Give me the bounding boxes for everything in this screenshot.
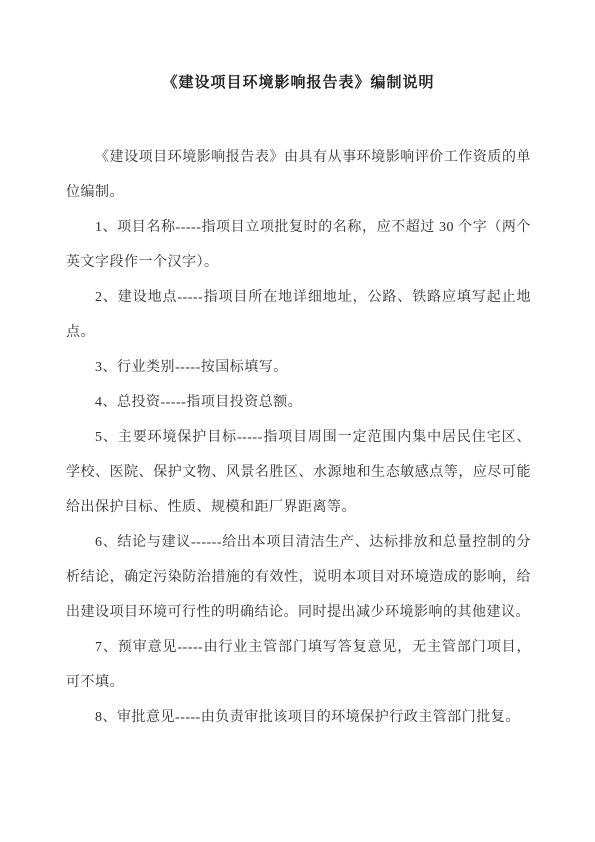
para-intro-compiler-qualification: 《建设项目环境影响报告表》由具有从事环境影响评价工作资质的单位编制。 [66, 140, 531, 210]
document-content: 《建设项目环境影响报告表》编制说明 《建设项目环境影响报告表》由具有从事环境影响… [0, 0, 595, 842]
page-title: 《建设项目环境影响报告表》编制说明 [66, 70, 531, 96]
para-item-1-project-name: 1、项目名称-----指项目立项批复时的名称，应不超过 30 个字（两个英文字段… [66, 210, 531, 280]
para-item-2-construction-site: 2、建设地点-----指项目所在地详细地址，公路、铁路应填写起止地点。 [66, 280, 531, 350]
para-item-5-environmental-protection-targets: 5、主要环境保护目标-----指项目周围一定范围内集中居民住宅区、学校、医院、保… [66, 420, 531, 525]
para-item-8-approval-opinion: 8、审批意见-----由负责审批该项目的环境保护行政主管部门批复。 [66, 700, 531, 735]
para-item-4-total-investment: 4、总投资-----指项目投资总额。 [66, 385, 531, 420]
document-page: 《建设项目环境影响报告表》编制说明 《建设项目环境影响报告表》由具有从事环境影响… [0, 0, 595, 842]
para-item-3-industry-category: 3、行业类别-----按国标填写。 [66, 350, 531, 385]
para-item-6-conclusions-and-suggestions: 6、结论与建议------给出本项目清洁生产、达标排放和总量控制的分析结论，确定… [66, 525, 531, 630]
para-item-7-preliminary-review-opinion: 7、预审意见-----由行业主管部门填写答复意见，无主管部门项目，可不填。 [66, 630, 531, 700]
